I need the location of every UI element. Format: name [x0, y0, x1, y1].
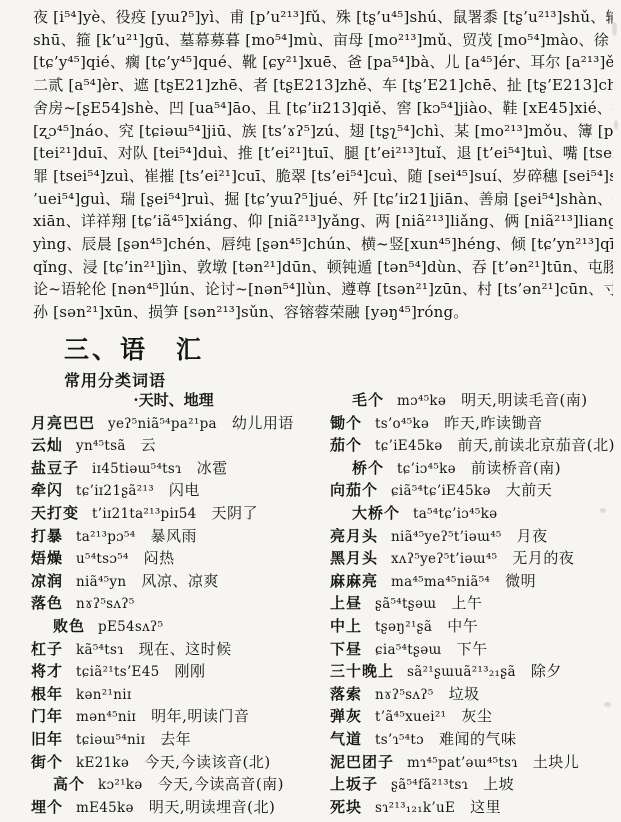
vocab-entry: 泥巴团子 mɿ⁴⁵pat’əɯ⁴⁵tsɿ 土块儿 [330, 751, 618, 774]
entry-gloss: 天阴了 [212, 502, 259, 523]
entry-gloss: 云 [141, 434, 157, 455]
entry-ipa-transcription: t’iɪ21ta²¹³piɪ54 [92, 506, 197, 522]
entry-gloss: 现在、这时候 [139, 638, 232, 659]
entry-ipa-transcription: tɕ’iɔ⁴⁵kə [397, 461, 456, 477]
entry-ipa-transcription: sɿ²¹³₁₂₁k’uE [375, 800, 455, 816]
entry-ipa-transcription: mE45kə [76, 800, 134, 816]
entry-ipa-transcription: ʂã⁵⁴fã²¹³tsɿ [391, 777, 468, 793]
paragraph-line: [tei²¹]duī、对队 [tei⁵⁴]duì、推 [t’ei²¹]tuī、腿… [33, 142, 613, 165]
entry-ipa-transcription: tɕ’iɪ21ʂã²¹³ [76, 483, 154, 499]
entry-headword: 亮月头 [330, 525, 378, 546]
subsection-heading: 常用分类词语 [64, 368, 166, 391]
entry-ipa-transcription: u⁵⁴tsɔ⁵⁴ [76, 551, 129, 567]
entry-ipa-transcription: mən⁴⁵niɪ [76, 709, 136, 725]
vocab-entry: 埋个 mE45kə 明天,明读埋音(北) [31, 796, 316, 819]
entry-ipa-transcription: ts’o⁴⁵kə [375, 416, 429, 432]
entry-gloss: 闷热 [144, 547, 175, 568]
entry-ipa-transcription: ʂã⁵⁴tʂəɯ [375, 596, 436, 612]
entry-gloss: 除夕 [531, 660, 562, 681]
vocab-entry: 向茄个 ɕiã⁵⁴tɕ’iE45kə 大前天 [330, 479, 618, 502]
entry-headword: 上昼 [330, 592, 362, 613]
entry-headword: 麻麻亮 [330, 570, 378, 591]
entry-ipa-transcription: ta²¹³pɔ⁵⁴ [76, 529, 135, 545]
entry-headword: 盐豆子 [31, 457, 79, 478]
entry-ipa-transcription: xʌʔ⁵yeʔ⁵t’iəɯ⁴⁵ [391, 551, 497, 567]
entry-ipa-transcription: tɕiəɯ⁵⁴niɪ [76, 732, 145, 748]
entry-gloss: 去年 [160, 728, 191, 749]
paragraph-line: [ʐɔ⁴⁵]náo、究 [tɕiəɯ⁵⁴]jiū、族 [ts’ɤʔ⁵]zú、翅 … [33, 120, 613, 143]
vocab-entry: 根年 kən²¹niɪ [31, 683, 316, 706]
entry-gloss: 今天,今读高音(南) [158, 773, 284, 794]
entry-gloss: 月夜 [517, 525, 548, 546]
entry-ipa-transcription: mɔ⁴⁵kə [397, 393, 446, 409]
entry-ipa-transcription: ma⁴⁵ma⁴⁵niã⁵⁴ [391, 574, 490, 590]
entry-ipa-transcription: kã⁵⁴tsɿ [76, 642, 124, 658]
phonetic-paragraph: 夜 [i⁵⁴]yè、役疫 [yɯʔ⁵]yì、甫 [p’u²¹³]fǔ、殊 [tʂ… [33, 6, 613, 324]
vocab-column-right: 毛个 mɔ⁴⁵kə 明天,明读毛音(南) 锄个 ts’o⁴⁵kə 昨天,昨读锄音… [330, 389, 618, 818]
vocab-entry: 弹灰 t’ã⁴⁵xuei²¹ 灰尘 [330, 705, 618, 728]
entry-headword: 将才 [31, 660, 63, 681]
entry-gloss: 闪电 [169, 479, 200, 500]
vocab-entry: 大桥个 ta⁵⁴tɕ’iɔ⁴⁵kə [330, 502, 618, 525]
vocab-entry: 落索 nɤʔ⁵sʌʔ⁵ 垃圾 [330, 683, 618, 706]
entry-ipa-transcription: sã²¹ʂɯuã²¹³₂₁ʂã [407, 664, 516, 680]
vocab-entry: 云灿 yn⁴⁵tsã 云 [31, 434, 316, 457]
paragraph-line: 孙 [sən²¹]xūn、损笋 [sən²¹³]sǔn、容镕蓉荣融 [yəŋ⁴⁵… [33, 301, 613, 324]
entry-headword: 云灿 [31, 434, 63, 455]
scan-artifact [600, 508, 606, 513]
entry-headword: 败色 [53, 615, 85, 636]
vocab-column-left: ·天时、地理 月亮巴巴 yeʔ⁵niã⁵⁴pa²¹pa 幼儿用语 云灿 yn⁴⁵… [31, 389, 316, 818]
entry-gloss: 昨天,昨读锄音 [444, 412, 542, 433]
entry-headword: 街个 [31, 751, 63, 772]
entry-ipa-transcription: tɕiã²¹ts’E45 [76, 664, 159, 680]
vocab-entry: 败色 pE54sʌʔ⁵ [31, 615, 316, 638]
vocab-entry: 三十晚上 sã²¹ʂɯuã²¹³₂₁ʂã 除夕 [330, 660, 618, 683]
section-heading: 三、语 汇 [64, 330, 204, 366]
entry-headword: 向茄个 [330, 479, 378, 500]
paragraph-line: 二贰 [a⁵⁴]èr、遮 [tʂE21]zhē、者 [tʂE213]zhě、车 … [33, 74, 613, 97]
entry-ipa-transcription: iɪ45tiəɯ⁵⁴tsɿ [92, 461, 182, 477]
entry-headword: 旧年 [31, 728, 63, 749]
vocab-entry: 锄个 ts’o⁴⁵kə 昨天,昨读锄音 [330, 412, 618, 435]
entry-gloss: 明天,明读埋音(北) [149, 796, 275, 817]
entry-headword: 打暴 [31, 525, 63, 546]
entry-gloss: 刚刚 [174, 660, 205, 681]
entry-gloss: 前读桥音(南) [471, 457, 561, 478]
vocab-entry: 杠子 kã⁵⁴tsɿ 现在、这时候 [31, 638, 316, 661]
entry-ipa-transcription: yeʔ⁵niã⁵⁴pa²¹pa [108, 416, 217, 432]
entry-gloss: 暴风雨 [150, 525, 197, 546]
entry-ipa-transcription: ta⁵⁴tɕ’iɔ⁴⁵kə [413, 506, 497, 522]
entry-headword: 落索 [330, 683, 362, 704]
entry-headword: 杠子 [31, 638, 63, 659]
vocab-entry: 茄个 tɕ’iE45kə 前天,前读北京茄音(北) [330, 434, 618, 457]
paragraph-line: 夜 [i⁵⁴]yè、役疫 [yɯʔ⁵]yì、甫 [p’u²¹³]fǔ、殊 [tʂ… [33, 6, 613, 29]
vocab-entry: 月亮巴巴 yeʔ⁵niã⁵⁴pa²¹pa 幼儿用语 [31, 412, 316, 435]
entry-ipa-transcription: tʂəŋ²¹ʂã [375, 619, 432, 635]
entry-gloss: 无月的夜 [512, 547, 574, 568]
entry-ipa-transcription: mɿ⁴⁵pat’əɯ⁴⁵tsɿ [407, 755, 518, 771]
vocab-entry: 高个 kɔ²¹kə 今天,今读高音(南) [31, 773, 316, 796]
entry-headword: 锄个 [330, 412, 362, 433]
vocab-entry: 将才 tɕiã²¹ts’E45 刚刚 [31, 660, 316, 683]
vocab-entry: 麻麻亮 ma⁴⁵ma⁴⁵niã⁵⁴ 微明 [330, 570, 618, 593]
scanned-dictionary-page: 夜 [i⁵⁴]yè、役疫 [yɯʔ⁵]yì、甫 [p’u²¹³]fǔ、殊 [tʂ… [0, 0, 621, 822]
entry-headword: 高个 [53, 773, 85, 794]
vocab-entry: 桥个 tɕ’iɔ⁴⁵kə 前读桥音(南) [330, 457, 618, 480]
paragraph-line: 论~语轮伦 [nən⁴⁵]lún、论讨~[nən⁵⁴]lùn、遵尊 [tsən²… [33, 278, 613, 301]
entry-headword: 茄个 [330, 434, 362, 455]
entry-gloss: 难闻的气味 [439, 728, 517, 749]
paragraph-line: [tɕ’y⁴⁵]qié、瘸 [tɕ’y⁴⁵]qué、靴 [ɕy²¹]xuē、爸 … [33, 51, 613, 74]
entry-headword: 三十晚上 [330, 660, 394, 681]
entry-headword: 大桥个 [352, 502, 400, 523]
entry-gloss: 垃圾 [449, 683, 480, 704]
entry-headword: 凉润 [31, 570, 63, 591]
vocab-entry: 盐豆子 iɪ45tiəɯ⁵⁴tsɿ 冰雹 [31, 457, 316, 480]
entry-ipa-transcription: pE54sʌʔ⁵ [98, 619, 163, 635]
category-label: ·天时、地理 [31, 389, 316, 412]
scan-artifact [614, 120, 618, 130]
vocab-entry: 中上 tʂəŋ²¹ʂã 中午 [330, 615, 618, 638]
paragraph-line: 罪 [tsei⁵⁴]zuì、崔摧 [ts’ei²¹]cuī、脆翠 [ts’ei⁵… [33, 165, 613, 188]
entry-ipa-transcription: ts’ɿ⁵⁴tɔ [375, 732, 424, 748]
entry-headword: 牵闪 [31, 479, 63, 500]
entry-gloss: 明天,明读毛音(南) [461, 389, 587, 410]
vocab-entry: 焐燥 u⁵⁴tsɔ⁵⁴ 闷热 [31, 547, 316, 570]
entry-ipa-transcription: tɕ’iE45kə [375, 438, 443, 454]
vocab-entry: 凉润 niã⁴⁵yn 风凉、凉爽 [31, 570, 316, 593]
vocab-entry: 黑月头 xʌʔ⁵yeʔ⁵t’iəɯ⁴⁵ 无月的夜 [330, 547, 618, 570]
paragraph-line: ’uei⁵⁴]guì、瑞 [ʂei⁵⁴]ruì、掘 [tɕ’yɯʔ⁵]jué、歼… [33, 188, 613, 211]
entry-gloss: 明年,明读门音 [151, 705, 249, 726]
vocab-entry: 上坂子 ʂã⁵⁴fã²¹³tsɿ 上坡 [330, 773, 618, 796]
entry-ipa-transcription: nɤʔ⁵sʌʔ⁵ [76, 596, 135, 612]
vocab-entry: 下昼 ɕia⁵⁴tʂəɯ 下午 [330, 638, 618, 661]
entry-headword: 桥个 [352, 457, 384, 478]
scan-artifact [612, 22, 617, 36]
entry-gloss: 大前天 [506, 479, 553, 500]
entry-gloss: 今天,今读该音(北) [144, 751, 270, 772]
entry-ipa-transcription: nɤʔ⁵sʌʔ⁵ [375, 687, 434, 703]
vocab-entry: 毛个 mɔ⁴⁵kə 明天,明读毛音(南) [330, 389, 618, 412]
vocab-entry: 天打变 t’iɪ21ta²¹³piɪ54 天阴了 [31, 502, 316, 525]
vocab-entry: 街个 kE21kə 今天,今读该音(北) [31, 751, 316, 774]
entry-headword: 天打变 [31, 502, 79, 523]
paragraph-line: qǐng、浸 [tɕ’in²¹]jìn、敦墩 [tən²¹]dūn、顿钝遁 [t… [33, 256, 613, 279]
entry-ipa-transcription: niã⁴⁵yn [76, 574, 126, 590]
entry-headword: 上坂子 [330, 773, 378, 794]
entry-headword: 下昼 [330, 638, 362, 659]
entry-ipa-transcription: kE21kə [76, 755, 129, 771]
entry-gloss: 前天,前读北京茄音(北) [458, 434, 615, 455]
paragraph-line: yìng、辰晨 [ʂən⁴⁵]chén、唇纯 [ʂən⁴⁵]chún、横~竖[x… [33, 233, 613, 256]
entry-gloss: 灰尘 [461, 705, 492, 726]
vocab-entry: 落色 nɤʔ⁵sʌʔ⁵ [31, 592, 316, 615]
entry-headword: 死块 [330, 796, 362, 817]
entry-gloss: 冰雹 [197, 457, 228, 478]
entry-ipa-transcription: yn⁴⁵tsã [76, 438, 126, 454]
vocab-entry: 上昼 ʂã⁵⁴tʂəɯ 上午 [330, 592, 618, 615]
paragraph-line: shū、箍 [k’u²¹]gū、墓幕募暮 [mo⁵⁴]mù、亩母 [mo²¹³]… [33, 29, 613, 52]
entry-headword: 月亮巴巴 [31, 412, 95, 433]
entry-ipa-transcription: kɔ²¹kə [98, 777, 143, 793]
scan-artifact [604, 702, 611, 707]
vocab-entry: 死块 sɿ²¹³₁₂₁k’uE 这里 [330, 796, 618, 819]
vocab-entry: 门年 mən⁴⁵niɪ 明年,明读门音 [31, 705, 316, 728]
entry-gloss: 上午 [451, 592, 482, 613]
paragraph-line: 舍房~[ʂE54]shè、凹 [ua⁵⁴]āo、且 [tɕ’iɪ213]qiě、… [33, 97, 613, 120]
vocab-entry: 打暴 ta²¹³pɔ⁵⁴ 暴风雨 [31, 525, 316, 548]
entry-headword: 气道 [330, 728, 362, 749]
vocab-list-left: 月亮巴巴 yeʔ⁵niã⁵⁴pa²¹pa 幼儿用语 云灿 yn⁴⁵tsã 云 盐… [31, 412, 316, 819]
vocab-entry: 旧年 tɕiəɯ⁵⁴niɪ 去年 [31, 728, 316, 751]
entry-ipa-transcription: niã⁴⁵yeʔ⁵t’iəɯ⁴⁵ [391, 529, 502, 545]
entry-headword: 黑月头 [330, 547, 378, 568]
entry-ipa-transcription: kən²¹niɪ [76, 687, 131, 703]
entry-ipa-transcription: ɕiã⁵⁴tɕ’iE45kə [391, 483, 491, 499]
entry-ipa-transcription: ɕia⁵⁴tʂəɯ [375, 642, 442, 658]
entry-ipa-transcription: t’ã⁴⁵xuei²¹ [375, 709, 446, 725]
vocab-entry: 气道 ts’ɿ⁵⁴tɔ 难闻的气味 [330, 728, 618, 751]
paragraph-line: xiān、详祥翔 [tɕ’iã⁴⁵]xiáng、仰 [niã²¹³]yǎng、两… [33, 210, 613, 233]
entry-gloss: 这里 [470, 796, 501, 817]
entry-headword: 毛个 [352, 389, 384, 410]
vocab-entry: 亮月头 niã⁴⁵yeʔ⁵t’iəɯ⁴⁵ 月夜 [330, 525, 618, 548]
entry-headword: 埋个 [31, 796, 63, 817]
entry-gloss: 上坡 [483, 773, 514, 794]
entry-headword: 根年 [31, 683, 63, 704]
entry-gloss: 风凉、凉爽 [141, 570, 219, 591]
entry-gloss: 土块儿 [533, 751, 580, 772]
entry-gloss: 下午 [457, 638, 488, 659]
entry-headword: 弹灰 [330, 705, 362, 726]
entry-headword: 焐燥 [31, 547, 63, 568]
entry-headword: 泥巴团子 [330, 751, 394, 772]
entry-headword: 落色 [31, 592, 63, 613]
entry-gloss: 中午 [447, 615, 478, 636]
entry-headword: 门年 [31, 705, 63, 726]
entry-gloss: 幼儿用语 [232, 412, 294, 433]
entry-headword: 中上 [330, 615, 362, 636]
vocab-entry: 牵闪 tɕ’iɪ21ʂã²¹³ 闪电 [31, 479, 316, 502]
entry-gloss: 微明 [505, 570, 536, 591]
